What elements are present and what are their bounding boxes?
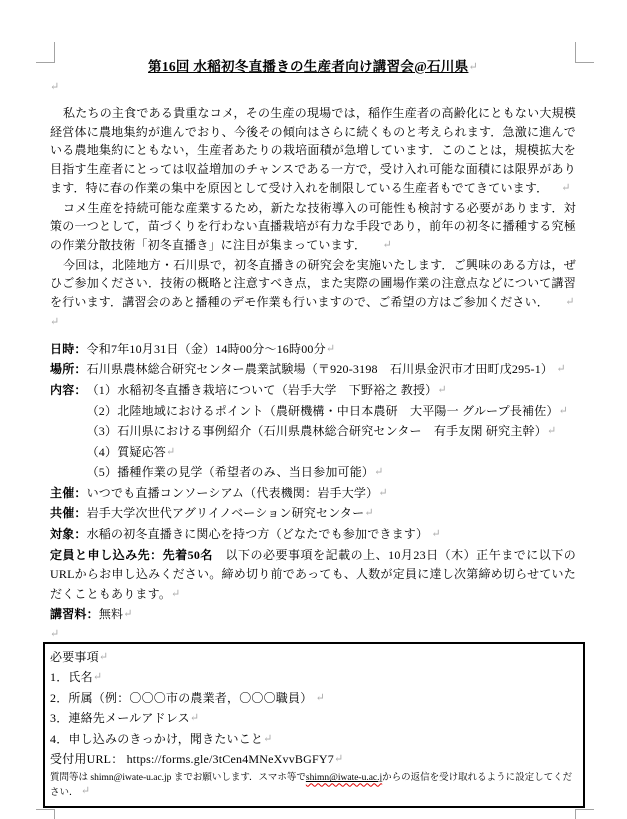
paragraph-mark-icon: ↵ <box>316 689 325 708</box>
contents-item-text: （4）質疑応答 <box>87 445 166 459</box>
detail-value: 令和7年10月31日（金）14時00分～16時00分↵ <box>87 340 576 361</box>
detail-label: 主催： <box>50 484 87 504</box>
detail-value: 石川県農林総合研究センター農業試験場（〒920-3198 石川県金沢市才田町戊2… <box>87 360 576 381</box>
crop-mark-top-right <box>575 42 594 63</box>
contents-item-1: （1）水稲初冬直播き栽培について（岩手大学 下野裕之 教授）↵ <box>87 381 576 402</box>
contents-item-text: （3）石川県における事例紹介（石川県農林総合研究センター 有手友閑 研究主幹） <box>87 424 547 438</box>
contents-list: （1）水稲初冬直播き栽培について（岩手大学 下野裕之 教授）↵ （2）北陸地域に… <box>87 381 576 484</box>
fee-text: 無料 <box>99 607 123 621</box>
detail-row-cohost: 共催： 岩手大学次世代アグリイノベーション研究センター↵ <box>50 504 576 525</box>
contents-item-2: （2）北陸地域におけるポイント（農研機構・中日本農研 大平陽一 グループ長補佐）… <box>87 402 576 423</box>
detail-value: いつでも直播コンソーシアム（代表機関：岩手大学）↵ <box>87 484 576 505</box>
contact-email: shimn@iwate-u.ac.jp <box>90 773 171 783</box>
box-item-text: 3．連絡先メールアドレス <box>50 711 190 725</box>
event-details: 日時： 令和7年10月31日（金）14時00分～16時00分↵ 場所： 石川県農… <box>50 340 576 626</box>
detail-row-fee: 講習料： 無料↵ <box>50 605 576 626</box>
contents-item-5: （5）播種作業の見学（希望者のみ、当日参加可能）↵ <box>87 463 576 484</box>
box-item-text: 4．申し込みのきっかけ，聞きたいこと <box>50 732 263 746</box>
body-paragraph-1: 私たちの主食である貴重なコメ，その生産の現場では，稲作生産者の高齢化にともない大… <box>50 104 576 199</box>
box-item-text: 1．氏名 <box>50 670 93 684</box>
paragraph-mark-icon: ↵ <box>190 709 199 728</box>
detail-label: 場所： <box>50 360 87 380</box>
detail-value: 岩手大学次世代アグリイノベーション研究センター↵ <box>87 504 576 525</box>
reply-email-text: shimn@iwate-u.ac.j <box>306 773 382 783</box>
detail-label: 内容： <box>50 381 87 401</box>
box-heading-text: 必要事項 <box>50 650 99 664</box>
capacity-label: 定員と申し込み先：先着50名 <box>50 548 213 562</box>
paragraph-mark-icon: ↵ <box>547 422 556 442</box>
body-paragraph-3: 今回は，北陸地方・石川県で，初冬直播きの研究会を実施いたします．ご興味のある方は… <box>50 256 576 313</box>
paragraph-mark-icon: ↵ <box>50 626 59 642</box>
host-text: いつでも直播コンソーシアム（代表機関：岩手大学） <box>87 486 379 500</box>
paragraph-mark-icon: ↵ <box>50 313 59 331</box>
contents-item-3: （3）石川県における事例紹介（石川県農林総合研究センター 有手友閑 研究主幹）↵ <box>87 422 576 443</box>
contents-item-text: （5）播種作業の見学（希望者のみ、当日参加可能） <box>87 465 375 479</box>
paragraph-mark-icon: ↵ <box>99 648 108 667</box>
paragraph-mark-icon: ↵ <box>334 750 343 769</box>
paragraph-mark-icon: ↵ <box>364 504 373 524</box>
detail-label: 共催： <box>50 504 87 524</box>
empty-line: ↵ <box>50 626 576 642</box>
empty-line: ↵ <box>50 313 576 331</box>
paragraph-mark-icon: ↵ <box>263 730 272 749</box>
paragraph-mark-icon: ↵ <box>93 668 102 687</box>
paragraph-mark-icon: ↵ <box>431 525 440 545</box>
paragraph-mark-icon: ↵ <box>552 293 574 312</box>
box-heading: 必要事項↵ <box>50 648 575 668</box>
detail-row-capacity: 定員と申し込み先：先着50名 以下の必要事項を記載の上、10月23日（木）正午ま… <box>50 546 576 606</box>
box-item-4: 4．申し込みのきっかけ，聞きたいこと↵ <box>50 730 575 750</box>
paragraph-mark-icon: ↵ <box>378 484 387 504</box>
paragraph-mark-icon: ↵ <box>326 340 335 360</box>
paragraph-text: コメ生産を持続可能な産業するため，新たな技術導入の可能性も検討する必要があります… <box>50 201 576 252</box>
paragraph-mark-icon: ↵ <box>50 78 59 96</box>
page-title: 第16回 水稲初冬直播きの生産者向け講習会@石川県↵ <box>50 57 576 78</box>
page-title-text: 第16回 水稲初冬直播きの生産者向け講習会@石川県 <box>148 59 468 74</box>
detail-label: 日時： <box>50 340 87 360</box>
paragraph-mark-icon: ↵ <box>81 784 90 798</box>
detail-row-contents: 内容： （1）水稲初冬直播き栽培について（岩手大学 下野裕之 教授）↵ （2）北… <box>50 381 576 484</box>
crop-mark-bottom-left <box>36 809 55 819</box>
contents-item-4: （4）質疑応答↵ <box>87 443 576 464</box>
paragraph-mark-icon: ↵ <box>166 443 175 463</box>
place-text: 石川県農林総合研究センター農業試験場（〒920-3198 石川県金沢市才田町戊2… <box>87 362 554 376</box>
audience-text: 水稲の初冬直播きに関心を持つ方（どなたでも参加できます） <box>87 527 429 541</box>
paragraph-mark-icon: ↵ <box>171 585 180 605</box>
detail-value: 無料↵ <box>99 605 576 626</box>
paragraph-mark-icon: ↵ <box>374 463 383 483</box>
box-item-1: 1．氏名↵ <box>50 668 575 688</box>
note-text: 質問等は <box>50 773 90 783</box>
crop-mark-bottom-right <box>575 809 594 819</box>
requirements-box: 必要事項↵ 1．氏名↵ 2．所属（例：〇〇〇市の農業者，〇〇〇職員） ↵ 3．連… <box>43 642 585 808</box>
paragraph-mark-icon: ↵ <box>123 605 132 625</box>
paragraph-mark-icon: ↵ <box>369 236 391 255</box>
box-item-text: 2．所属（例：〇〇〇市の農業者，〇〇〇職員） <box>50 691 312 705</box>
box-item-3: 3．連絡先メールアドレス↵ <box>50 709 575 729</box>
reply-email-link[interactable]: shimn@iwate-u.ac.j <box>306 773 382 783</box>
body-paragraph-2: コメ生産を持続可能な産業するため，新たな技術導入の可能性も検討する必要があります… <box>50 199 576 256</box>
detail-label: 対象： <box>50 525 87 545</box>
paragraph-text: 私たちの主食である貴重なコメ，その生産の現場では，稲作生産者の高齢化にともない大… <box>50 106 576 195</box>
contents-item-text: （2）北陸地域におけるポイント（農研機構・中日本農研 大平陽一 グループ長補佐） <box>87 404 559 418</box>
datetime-text: 令和7年10月31日（金）14時00分～16時00分 <box>87 342 326 356</box>
detail-row-host: 主催： いつでも直播コンソーシアム（代表機関：岩手大学）↵ <box>50 484 576 505</box>
empty-line: ↵ <box>50 78 576 96</box>
document-content: 第16回 水稲初冬直播きの生産者向け講習会@石川県↵ ↵ 私たちの主食である貴重… <box>50 57 576 808</box>
paragraph-mark-icon: ↵ <box>437 381 446 401</box>
reception-url-row: 受付用URL： https://forms.gle/3tCen4MNeXvvBG… <box>50 750 575 770</box>
paragraph-mark-icon: ↵ <box>556 360 565 380</box>
detail-row-audience: 対象： 水稲の初冬直播きに関心を持つ方（どなたでも参加できます） ↵ <box>50 525 576 546</box>
document-page: 第16回 水稲初冬直播きの生産者向け講習会@石川県↵ ↵ 私たちの主食である貴重… <box>0 0 627 819</box>
note-text: までお願いします．スマホ等で <box>171 773 305 783</box>
contact-note: 質問等は shimn@iwate-u.ac.jp までお願いします．スマホ等でs… <box>50 771 575 800</box>
paragraph-text: 今回は，北陸地方・石川県で，初冬直播きの研究会を実施いたします．ご興味のある方は… <box>50 258 576 309</box>
detail-value: 水稲の初冬直播きに関心を持つ方（どなたでも参加できます） ↵ <box>87 525 576 546</box>
contents-item-text: （1）水稲初冬直播き栽培について（岩手大学 下野裕之 教授） <box>87 383 438 397</box>
paragraph-mark-icon: ↵ <box>548 179 570 198</box>
reception-url: https://forms.gle/3tCen4MNeXvvBGFY7 <box>127 752 334 766</box>
detail-label: 講習料： <box>50 605 99 625</box>
url-label: 受付用URL： <box>50 752 123 766</box>
detail-row-datetime: 日時： 令和7年10月31日（金）14時00分～16時00分↵ <box>50 340 576 361</box>
paragraph-mark-icon: ↵ <box>559 402 568 422</box>
box-item-2: 2．所属（例：〇〇〇市の農業者，〇〇〇職員） ↵ <box>50 689 575 709</box>
cohost-text: 岩手大学次世代アグリイノベーション研究センター <box>87 506 365 520</box>
paragraph-mark-icon: ↵ <box>468 57 478 77</box>
detail-row-place: 場所： 石川県農林総合研究センター農業試験場（〒920-3198 石川県金沢市才… <box>50 360 576 381</box>
